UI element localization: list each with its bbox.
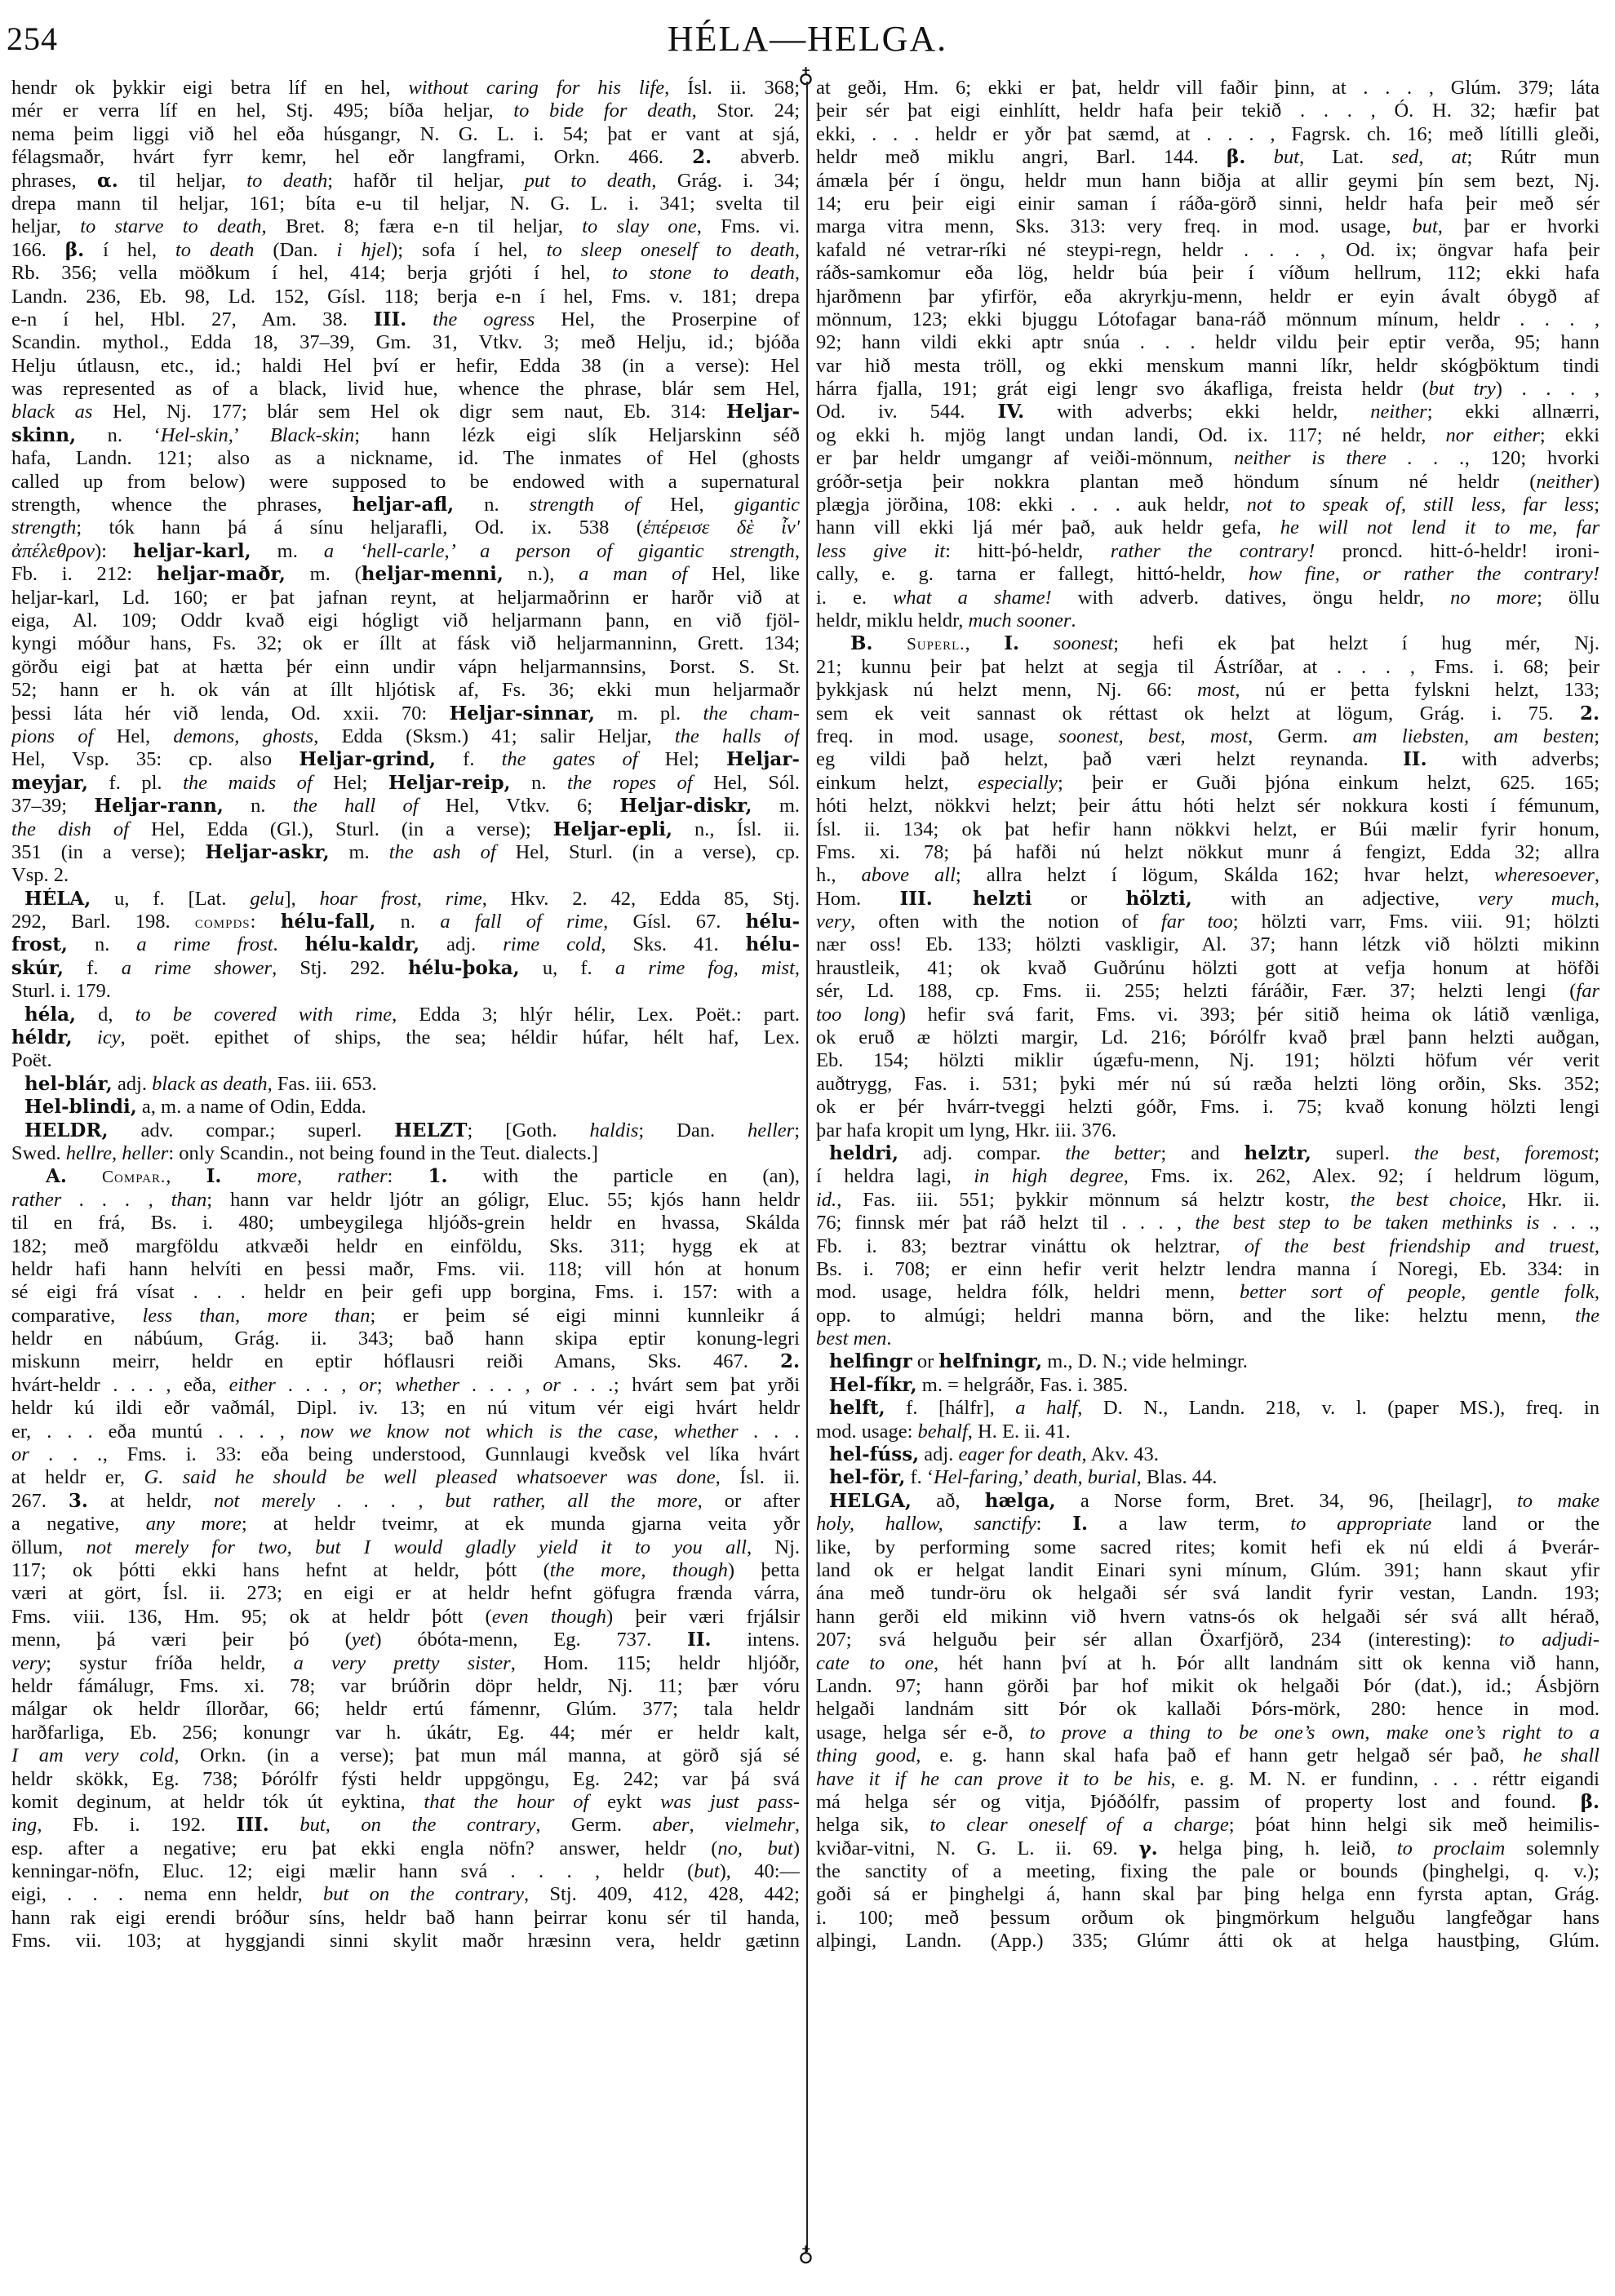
text-run: , D. N., Landn. 218, v. l. (paper MS.), …	[1077, 1397, 1599, 1419]
text-run: 52; hann er h. ok ván at íllt hljótisk a…	[11, 679, 800, 701]
text-line: 182; með margföldu atkvæði heldr en einf…	[11, 1235, 800, 1258]
text-line: Scandin. mythol., Edda 18, 37–39, Gm. 31…	[11, 331, 800, 354]
text-line: einkum helzt, especially; þeir er Guði þ…	[816, 772, 1599, 795]
small-caps-label: Superl.	[907, 634, 965, 654]
text-line: 92; hann vildi ekki aptr snúa . . . held…	[816, 331, 1599, 354]
text-run: eg vildi það helzt, það væri helzt reyna…	[816, 748, 1403, 770]
italic-gloss: to adjudi-	[1499, 1629, 1599, 1651]
text-run: 267.	[11, 1490, 69, 1512]
text-run: og ekki h. mjög langt undan landi, Od. i…	[816, 424, 1446, 446]
text-run: Landn. 236, Eb. 98, Ld. 152, Gísl. 118; …	[11, 286, 800, 308]
italic-gloss: a rime shower	[122, 957, 272, 979]
text-run: e-n í hel, Hbl. 27, Am. 38.	[11, 308, 374, 330]
text-line: 267. 3. at heldr, not merely . . . , but…	[11, 1490, 800, 1513]
italic-gloss: the hall of	[293, 795, 419, 817]
italic-gloss: the best step to be taken methinks is . …	[1195, 1212, 1595, 1234]
bold-headword: Heljar-	[726, 401, 800, 423]
italic-gloss: very	[11, 1652, 46, 1674]
italic-gloss: the dish of	[11, 818, 129, 840]
text-line: 351 (in a verse); Heljar-askr, m. the as…	[11, 841, 800, 864]
text-run	[269, 1814, 300, 1836]
text-run	[67, 1165, 102, 1187]
bold-headword: hel-för,	[829, 1466, 905, 1488]
bold-headword: HÉLA,	[24, 888, 91, 910]
italic-gloss: ἀπέλεθρον	[11, 540, 95, 562]
text-run: adj. compar.	[898, 1142, 1065, 1164]
text-run: phrases,	[11, 170, 97, 192]
text-run: , Fms. ix. 262, Alex. 92; í heldrum lögu…	[1124, 1165, 1599, 1187]
text-line: esp. after a negative; eru þat ekki engl…	[11, 1837, 800, 1860]
bold-headword: hölzti,	[1126, 888, 1192, 910]
bold-headword: II.	[1403, 748, 1427, 770]
text-run: ,	[1595, 888, 1599, 910]
text-run: freq. in mod. usage,	[816, 725, 1058, 747]
text-run: hárra fjalla, 191; grát eigi lengr svo á…	[816, 378, 1429, 400]
text-run: gróðr-setja þeir nokkra plantan með hönd…	[816, 471, 1536, 493]
text-run: ; öllu	[1537, 587, 1599, 609]
text-run: at heldr,	[88, 1490, 214, 1512]
text-line: kyngi móður hans, Fs. 32; ok er íllt at …	[11, 632, 800, 655]
italic-gloss: soonest	[1054, 632, 1114, 654]
text-run: :	[1036, 1513, 1073, 1535]
text-line: þessi láta hér við lenda, Od. xxii. 70: …	[11, 703, 800, 725]
italic-gloss: what a shame!	[893, 587, 1052, 609]
text-line: mér er verra líf en hel, Stj. 495; bíða …	[11, 100, 800, 122]
italic-gloss: no, but	[717, 1837, 792, 1859]
italic-gloss: the ropes of	[567, 772, 693, 794]
text-run: , Fas. iii. 551; þykkir mönnum sá helztr…	[836, 1189, 1351, 1211]
text-run: 207; svá helguðu þeir sér allan Öxarfjör…	[816, 1629, 1499, 1651]
text-run: heldr hafi hann helvíti en þessi maðr, F…	[11, 1258, 800, 1280]
bold-headword: B.	[850, 632, 872, 654]
text-line: Ísl. ii. 134; ok þat hefir hann nökkvi h…	[816, 818, 1599, 841]
italic-gloss: i hjel	[337, 239, 392, 261]
text-line: görðu eigi þat at hætta þér einn undir v…	[11, 656, 800, 679]
text-run: m.	[251, 540, 324, 562]
bold-headword: heljar-karl,	[133, 540, 251, 562]
text-run: málgar ok heldr íllorðar, 66; heldr ertú…	[11, 1698, 800, 1720]
italic-gloss: a rime frost	[136, 933, 273, 955]
text-line: mod. usage: behalf, H. E. ii. 41.	[816, 1421, 1599, 1443]
text-line: 166. β. í hel, to death (Dan. i hjel); s…	[11, 239, 800, 262]
italic-gloss: the best choice	[1351, 1189, 1502, 1211]
text-line: heljar-karl, Ld. 160; er þat jafnan reyn…	[11, 587, 800, 609]
text-run: , hét hann því at h. Þór allt landnám si…	[934, 1652, 1599, 1674]
text-run: opp. to almúgi; heldri manna börn, and t…	[816, 1305, 1575, 1327]
italic-gloss: to make	[1517, 1490, 1599, 1512]
bold-headword: héla,	[24, 1004, 76, 1026]
bold-headword: heldri,	[829, 1142, 898, 1164]
text-run: or	[912, 1350, 939, 1372]
text-run: ; þeir er Guði þjóna einkum helzt, 625. …	[1058, 772, 1599, 794]
text-run: adv. compar.; superl.	[109, 1119, 395, 1141]
text-run: m. (	[286, 563, 362, 585]
text-run: ;	[1594, 494, 1599, 516]
bold-headword: Heljar-epli,	[553, 818, 672, 840]
text-run: ; systur fríða heldr,	[46, 1652, 293, 1674]
text-run: , H. E. ii. 41.	[968, 1421, 1071, 1443]
text-line: ing, Fb. i. 192. III. but, on the contra…	[11, 1814, 800, 1837]
text-run: ,	[795, 1814, 800, 1836]
text-line: sér, Ld. 188, cp. Fms. ii. 255; helzti f…	[816, 980, 1599, 1003]
italic-gloss: but, on the contrary	[299, 1814, 535, 1836]
text-run: , Fms. i. 33: eða being understood, Gunn…	[103, 1443, 800, 1465]
text-line: rather . . . , than; hann var heldr ljót…	[11, 1189, 800, 1212]
text-run: m., D. N.; vide helmingr.	[1042, 1350, 1248, 1372]
text-line: Swed. hellre, heller: only Scandin., not…	[11, 1142, 800, 1165]
text-run: hvárt-heldr . . . , eða,	[11, 1374, 229, 1396]
bold-headword: IV.	[998, 401, 1025, 423]
text-run: comparative,	[11, 1305, 142, 1327]
italic-gloss: less give it	[816, 540, 945, 562]
text-line: Fb. i. 212: heljar-maðr, m. (heljar-menn…	[11, 563, 800, 586]
bold-headword: Heljar-diskr,	[619, 795, 752, 817]
text-run: Landn. 97; hann görði þar hof mikit ok h…	[816, 1675, 1599, 1697]
text-line: HELDR, adv. compar.; superl. HELZT; [Got…	[11, 1119, 800, 1142]
text-run: , Hom. 115; heldr hljóðr,	[511, 1652, 800, 1674]
text-line: opp. to almúgi; heldri manna börn, and t…	[816, 1305, 1599, 1328]
italic-gloss: to appropriate	[1290, 1513, 1431, 1535]
text-line: strength; tók hann þá á sínu heljarafli,…	[11, 516, 800, 539]
italic-gloss: to death	[175, 239, 254, 261]
italic-gloss: not merely for two, but I would gladly y…	[87, 1536, 747, 1558]
italic-gloss: but	[694, 1860, 719, 1882]
text-run: þar hafa kropit um lyng, Hkr. iii. 376.	[816, 1119, 1116, 1141]
italic-gloss: not to speak of, still less, far less	[1247, 494, 1595, 516]
text-line: væri at gört, Ísl. ii. 273; en eigi er a…	[11, 1582, 800, 1605]
text-run	[1245, 146, 1273, 168]
italic-gloss: gelu	[250, 888, 284, 910]
text-line: hann rak eigi erendi bróður síns, heldr …	[11, 1907, 800, 1930]
text-run: ;	[377, 1374, 395, 1396]
text-line: the dish of Hel, Edda (Gl.), Sturl. (in …	[11, 818, 800, 841]
text-run: a law term,	[1088, 1513, 1290, 1535]
text-run: m.	[330, 841, 389, 863]
text-line: B. Superl., I. soonest; hefi ek þat helz…	[816, 632, 1599, 655]
text-line: 76; finnsk mér þat ráð helzt til . . . ,…	[816, 1212, 1599, 1234]
text-line: usage, helga sér e-ð, to prove a thing t…	[816, 1722, 1599, 1744]
text-run: sér, Ld. 188, cp. Fms. ii. 255; helzti f…	[816, 980, 1576, 1002]
text-run: n.),	[504, 563, 579, 585]
italic-gloss: to prove a thing to be one’s own, make o…	[1030, 1722, 1599, 1744]
text-line: hann vill ekki ljá mér það, auk heldr ge…	[816, 516, 1599, 539]
text-run: adj.	[113, 1073, 152, 1095]
text-run: ; hölzti varr, Fms. viii. 91; hölzti	[1233, 911, 1599, 933]
text-run: )	[793, 1837, 800, 1859]
text-run: , Edda (Sksm.) 41; salir Heljar,	[313, 725, 675, 747]
text-run: :	[388, 1165, 428, 1187]
italic-gloss: icy	[97, 1026, 121, 1048]
text-line: kviðar-vitni, N. G. L. ii. 69. γ. helga …	[816, 1837, 1599, 1860]
text-run: heldr með miklu angri, Barl. 144.	[816, 146, 1227, 168]
text-run: , Orkn. (in a verse); þat mun mál manna,…	[174, 1744, 800, 1766]
italic-gloss: now we know not which is the case, wheth…	[300, 1421, 800, 1443]
italic-gloss: hoar frost, rime	[320, 888, 482, 910]
text-run: : hitt-þó-heldr,	[945, 540, 1111, 562]
bold-headword: A.	[46, 1165, 67, 1187]
text-line: hóti helzt, nökkvi helzt; þeir áttu hóti…	[816, 795, 1599, 818]
text-run: ; allra helzt í lögum, Skálda 162; hvar …	[956, 864, 1494, 886]
text-run: Scandin. mythol., Edda 18, 37–39, Gm. 31…	[11, 331, 800, 353]
text-run: 92; hann vildi ekki aptr snúa . . . held…	[816, 331, 1599, 353]
text-run: ,	[965, 632, 1005, 654]
italic-gloss: either . . . , or	[229, 1374, 377, 1396]
text-run: ,	[795, 262, 800, 284]
text-run: , e. g. M. N. er fundinn, . . . réttr ei…	[1171, 1768, 1599, 1790]
text-line: ána með tundr-öru ok helgaði sér svá lan…	[816, 1582, 1599, 1605]
text-run: ; and	[1160, 1142, 1244, 1164]
text-run: , 120; hvorki	[1465, 447, 1599, 469]
text-run: , often with the notion of	[850, 911, 1161, 933]
column-rule-ornament-bottom-icon: ♁	[798, 2244, 814, 2265]
text-run: .	[886, 1328, 891, 1350]
text-run: , Sks. 41.	[601, 933, 745, 955]
text-line: too long) hefir svá farit, Fms. vi. 393;…	[816, 1004, 1599, 1026]
text-run: menn, þá væri þeir þó (	[11, 1629, 352, 1651]
bold-headword: hel-fúss,	[829, 1443, 919, 1465]
text-run: helga sik,	[816, 1814, 930, 1836]
text-line: less give it: hitt-þó-heldr, rather the …	[816, 540, 1599, 563]
bold-headword: 2.	[692, 146, 712, 168]
page-header: 254 HÉLA—HELGA.	[0, 15, 1615, 64]
italic-gloss: very much	[1478, 888, 1595, 910]
text-run: n.	[68, 933, 136, 955]
text-run: ;	[794, 1119, 800, 1141]
text-run: ,	[166, 1165, 206, 1187]
italic-gloss: the ogress	[433, 308, 535, 330]
text-run: Poët.	[11, 1049, 52, 1071]
text-run: ; Rútr mun	[1467, 146, 1599, 168]
text-run: Hel, Sturl. (in a verse), cp.	[496, 841, 800, 863]
bold-headword: hælga,	[985, 1490, 1056, 1512]
text-run	[221, 1165, 256, 1187]
text-line: mönnum, 123; ekki bjuggu Lótofagar bana-…	[816, 308, 1599, 331]
italic-gloss: a ‘hell-carle,’ a person of gigantic str…	[324, 540, 795, 562]
text-run: , Bret. 8; færa e-n til heljar,	[262, 215, 583, 237]
text-line: sé eigi frá vísat . . . heldr en þeir ge…	[11, 1281, 800, 1304]
text-line: Rb. 356; vella möðkum í hel, 414; berja …	[11, 262, 800, 285]
bold-headword: 3.	[69, 1490, 88, 1512]
text-run: strength, whence the phrases,	[11, 494, 353, 516]
text-run: h.,	[816, 864, 862, 886]
bold-headword: heljar-menni,	[362, 563, 504, 585]
italic-gloss: soonest, best, most	[1058, 725, 1248, 747]
text-line: very; systur fríða heldr, a very pretty …	[11, 1652, 800, 1675]
italic-gloss: more, rather	[257, 1165, 388, 1187]
text-run: þeir sér þat eigi einhlítt, heldr hafa þ…	[816, 100, 1599, 122]
text-run: væri at gört, Ísl. ii. 273; en eigi er a…	[11, 1582, 800, 1604]
text-line: at geði, Hm. 6; ekki er þat, heldr vill …	[816, 77, 1599, 100]
text-line: Hom. III. helzti or hölzti, with an adje…	[816, 888, 1599, 911]
text-line: ámæla þér í öngu, heldr mun hann biðja a…	[816, 170, 1599, 193]
text-line: h., above all; allra helzt í lögum, Skál…	[816, 864, 1599, 887]
text-line: harðfarliga, Eb. 256; konungr var h. úká…	[11, 1722, 800, 1744]
text-run: þykkjask nú helzt menn, Nj. 66:	[816, 679, 1197, 701]
text-run: 182; með margföldu atkvæði heldr en einf…	[11, 1235, 800, 1257]
text-run: drepa mann til heljar, 161; bíta e-u til…	[11, 193, 800, 215]
text-line: hann gerði eld mikinn við hvern vatns-ós…	[816, 1606, 1599, 1629]
text-line: have it if he can prove it to be his, e.…	[816, 1768, 1599, 1791]
text-run: a Norse form, Bret. 34, 96, [heilagr],	[1056, 1490, 1517, 1512]
text-line: Vsp. 2.	[11, 864, 800, 887]
text-run: , Blas. 44.	[1137, 1466, 1218, 1488]
text-line: ekki, . . . heldr er yðr þat sæmd, at . …	[816, 123, 1599, 146]
text-run: , Fb. i. 192.	[37, 1814, 236, 1836]
italic-gloss: black as death	[152, 1073, 268, 1095]
text-run: , Grág. i. 34;	[651, 170, 800, 192]
text-run: ,	[795, 957, 800, 979]
bold-headword: heljar-afl,	[353, 494, 455, 516]
text-run: öllum,	[11, 1536, 87, 1558]
text-run: í hel,	[84, 239, 175, 261]
text-run: , Germ.	[535, 1814, 652, 1836]
text-line: Sturl. i. 179.	[11, 980, 800, 1003]
text-run: )	[1593, 471, 1599, 493]
text-line: Fms. xi. 78; þá hafði nú helzt nökkut mu…	[816, 841, 1599, 864]
italic-gloss: to bide for death	[513, 100, 691, 122]
text-run: esp. after a negative; eru þat ekki engl…	[11, 1837, 717, 1859]
italic-gloss: above all	[862, 864, 956, 886]
text-line: thing good, e. g. hann skal hafa það ef …	[816, 1744, 1599, 1767]
text-run: Fms. vii. 103; at hyggjandi sinni skylit…	[11, 1930, 800, 1952]
text-line: pions of Hel, demons, ghosts, Edda (Sksm…	[11, 725, 800, 748]
text-run: Ísl. ii. 134; ok þat hefir hann nökkvi h…	[816, 818, 1599, 840]
italic-gloss: the cham-	[703, 703, 800, 725]
italic-gloss: demons, ghosts	[173, 725, 313, 747]
text-run: Hel, like	[687, 563, 800, 585]
text-line: í heldra lagi, in high degree, Fms. ix. …	[816, 1165, 1599, 1188]
text-line: like, by performing some sacred rites; k…	[816, 1536, 1599, 1559]
text-run	[872, 632, 907, 654]
italic-gloss: strength	[11, 516, 76, 539]
italic-gloss: to proclaim	[1397, 1837, 1505, 1859]
text-run: , Lat.	[1299, 146, 1391, 168]
italic-gloss: ing	[11, 1814, 37, 1836]
bold-headword: helft,	[829, 1397, 885, 1419]
column-divider-rule	[806, 82, 808, 2252]
text-line: hel-fúss, adj. eager for death, Akv. 43.	[816, 1443, 1599, 1466]
text-line: goði sá er þinghelgi á, hann skal þar þi…	[816, 1883, 1599, 1906]
text-line: heldr en nábúum, Grág. ii. 343; bað hann…	[11, 1328, 800, 1350]
text-run: heldr, miklu heldr,	[816, 609, 969, 632]
text-run: Fms. viii. 136, Hm. 95; ok at heldr þótt…	[11, 1606, 492, 1628]
text-line: Fms. vii. 103; at hyggjandi sinni skylit…	[11, 1930, 800, 1952]
text-run: , Hkr. ii.	[1502, 1189, 1599, 1211]
text-run: ,	[1595, 864, 1599, 886]
text-run: Hel, Sól.	[693, 772, 800, 794]
text-run: ’	[233, 424, 270, 446]
text-run: ,	[795, 239, 800, 261]
italic-gloss: rather the contrary!	[1111, 540, 1316, 562]
text-run: , nú er þetta fylskni helzt, 133;	[1235, 679, 1599, 701]
text-run: solemnly	[1505, 1837, 1599, 1859]
text-run: at heldr er,	[11, 1466, 144, 1488]
text-run: , Stj. 409, 412, 428, 442;	[524, 1883, 800, 1905]
text-line: helga sik, to clear oneself of a charge;…	[816, 1814, 1599, 1837]
text-line: heldri, adj. compar. the better; and hel…	[816, 1142, 1599, 1165]
text-line: og ekki h. mjög langt undan landi, Od. i…	[816, 424, 1599, 447]
text-run: Hel;	[638, 748, 726, 770]
text-line: the sanctity of a meeting, fixing the pa…	[816, 1860, 1599, 1883]
text-line: cally, e. g. tarna er fallegt, hittó-hel…	[816, 563, 1599, 586]
bold-headword: hélu-fall,	[281, 911, 376, 933]
italic-gloss: the better	[1065, 1142, 1160, 1164]
small-caps-label: compds	[195, 912, 251, 932]
text-run: mod. usage, heldra fólk, heldri menn,	[816, 1281, 1240, 1303]
text-run: Hel;	[313, 772, 388, 794]
text-run: , þar er hvorki	[1438, 215, 1599, 237]
italic-gloss: death, burial	[1033, 1466, 1137, 1488]
text-run: .	[1071, 609, 1076, 632]
text-run: usage, helga sér e-ð,	[816, 1722, 1030, 1744]
text-run: the sanctity of a meeting, fixing the pa…	[816, 1860, 1599, 1882]
text-run: var hið mesta tröll, og ekki menskum man…	[816, 355, 1599, 377]
italic-gloss: neither	[1536, 471, 1592, 493]
text-run: ráðs-samkomur eða lög, heldr búa þeir í …	[816, 262, 1599, 284]
bold-headword: héldr,	[11, 1026, 73, 1048]
text-run: land ok er helgat landit Einari syni mín…	[816, 1559, 1599, 1581]
text-run: Od. iv. 544.	[816, 401, 998, 423]
text-run: :	[251, 911, 281, 933]
text-line: nema þeim liggi við hel eða húsgangr, N.…	[11, 123, 800, 146]
text-run: sem ek veit sannast ok réttast ok helzt …	[816, 703, 1580, 725]
text-line: Landn. 236, Eb. 98, Ld. 152, Gísl. 118; …	[11, 286, 800, 308]
italic-gloss: how fine, or rather the contrary!	[1249, 563, 1599, 585]
italic-gloss: heller	[748, 1119, 794, 1141]
text-run: : only Scandin., not being found in the …	[168, 1142, 598, 1164]
text-line: frost, n. a rime frost. hélu-kaldr, adj.…	[11, 933, 800, 956]
bold-headword: hel-blár,	[24, 1073, 113, 1095]
text-line: or . . ., Fms. i. 33: eða being understo…	[11, 1443, 800, 1466]
italic-gloss: even though	[492, 1606, 606, 1628]
bold-headword: Heljar-grind,	[299, 748, 436, 770]
text-run: Hel, Vtkv. 6;	[419, 795, 620, 817]
text-run: with adverb. datives, öngu heldr,	[1052, 587, 1450, 609]
text-line: hendr ok þykkir eigi betra líf en hel, w…	[11, 77, 800, 100]
text-line: helft, f. [hálfr], a half, D. N., Landn.…	[816, 1397, 1599, 1420]
text-line: e-n í hel, Hbl. 27, Am. 38. III. the ogr…	[11, 308, 800, 331]
text-run: ) óbóta-menn, Eg. 737.	[375, 1629, 687, 1651]
text-run: heldr en nábúum, Grág. ii. 343; bað hann…	[11, 1328, 800, 1350]
italic-gloss: very	[816, 911, 850, 933]
text-line: 117; ok þótti ekki hans hefnt at heldr, …	[11, 1559, 800, 1582]
bold-headword: Heljar-	[726, 748, 800, 770]
bold-headword: Hel-blindi,	[24, 1096, 137, 1118]
text-run: ;	[1594, 725, 1599, 747]
italic-gloss: far too	[1161, 911, 1233, 933]
bold-headword: 2.	[780, 1350, 800, 1372]
text-run: ok er þér hvárr-tveggi helzti góðr, Fms.…	[816, 1096, 1599, 1118]
text-run: i. e.	[816, 587, 893, 609]
text-line: skúr, f. a rime shower, Stj. 292. hélu-þ…	[11, 957, 800, 980]
text-run: ;	[1594, 1142, 1599, 1164]
text-run: heldr skökk, Eg. 738; Þórólfr fýsti held…	[11, 1768, 800, 1790]
text-run: Hel, the Proserpine of	[535, 308, 800, 330]
text-run: n., Ísl. ii.	[672, 818, 800, 840]
text-run: like, by performing some sacred rites; k…	[816, 1536, 1599, 1558]
bold-headword: hélu-þoka,	[408, 957, 520, 979]
text-run: proncd. hitt-ó-heldr! ironi-	[1315, 540, 1599, 562]
italic-gloss: to starve to death	[80, 215, 261, 237]
text-run: , Stor. 24;	[692, 100, 800, 122]
text-run: 166.	[11, 239, 65, 261]
text-run: Sturl. i. 179.	[11, 980, 111, 1002]
italic-gloss: behalf	[918, 1421, 968, 1443]
text-run: Fms. xi. 78; þá hafði nú helzt nökkut mu…	[816, 841, 1599, 863]
text-line: heldr, miklu heldr, much sooner.	[816, 609, 1599, 632]
text-line: 292, Barl. 198. compds: hélu-fall, n. a …	[11, 911, 800, 933]
italic-gloss: eager for death	[958, 1443, 1081, 1465]
